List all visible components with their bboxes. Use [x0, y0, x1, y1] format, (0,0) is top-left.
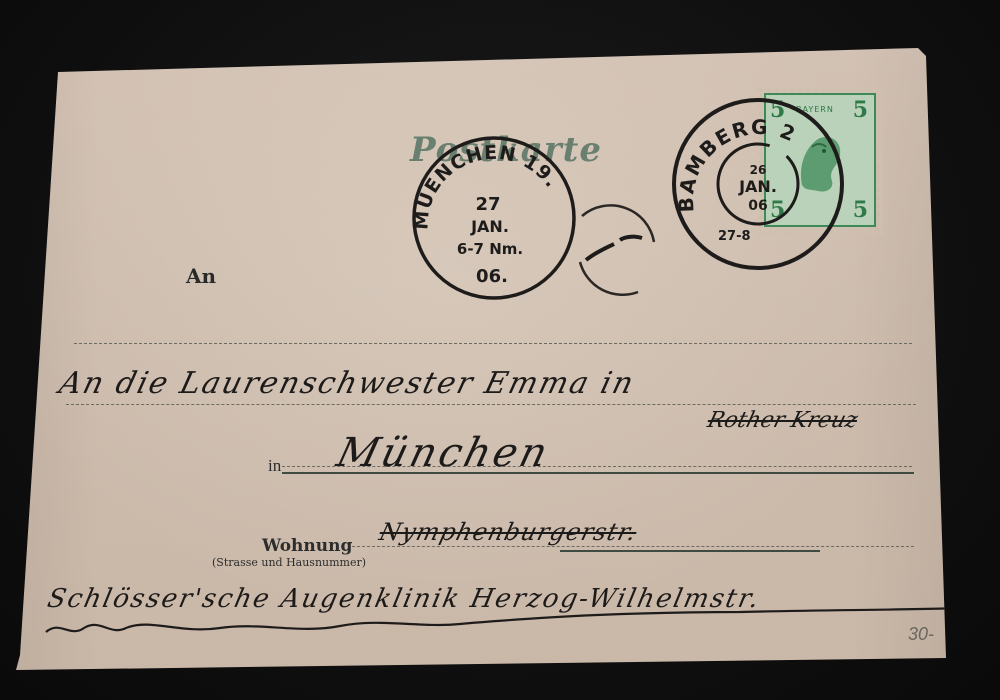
- handwritten-recipient: An die Laurenschwester Emma in: [56, 366, 639, 401]
- address-line-1: [74, 343, 912, 344]
- label-wohnung: Wohnung: [262, 536, 352, 556]
- stamp-value-bottom-right: 5: [853, 197, 868, 223]
- label-an: An: [186, 264, 216, 288]
- svg-text:6-7 Nm.: 6-7 Nm.: [457, 240, 523, 258]
- postmark-bamberg: BAMBERG 2 26 JAN. 06 27-8: [668, 94, 848, 274]
- stamp-value-top-right: 5: [853, 97, 868, 123]
- svg-text:27-8: 27-8: [718, 229, 751, 244]
- address-line-4: [352, 546, 914, 547]
- svg-text:06.: 06.: [476, 266, 508, 287]
- svg-text:JAN.: JAN.: [470, 217, 509, 236]
- svg-text:06: 06: [748, 198, 767, 214]
- address-line-2: [66, 404, 916, 405]
- svg-text:JAN.: JAN.: [738, 177, 777, 196]
- address-line-4-solid: [560, 550, 820, 552]
- handwritten-city: München: [332, 430, 555, 476]
- wavy-strike-line: [40, 604, 970, 644]
- label-street-sublabel: (Strasse und Hausnummer): [212, 556, 366, 569]
- partial-postmark: [562, 200, 662, 300]
- svg-text:26: 26: [750, 163, 767, 177]
- pencil-price-note: 30-: [908, 624, 934, 645]
- postcard: Postkarte 5 5 5 5 BAYERN BAMBERG 2 26 JA…: [0, 0, 1000, 700]
- label-in: in: [268, 456, 281, 476]
- postmark-muenchen: MUENCHEN 19. 27 JAN. 6-7 Nm. 06.: [408, 132, 580, 304]
- handwritten-struck-street: Nymphenburgerstr.: [377, 518, 641, 546]
- handwritten-struck-address: Rother Kreuz: [705, 408, 860, 433]
- svg-text:27: 27: [475, 194, 500, 215]
